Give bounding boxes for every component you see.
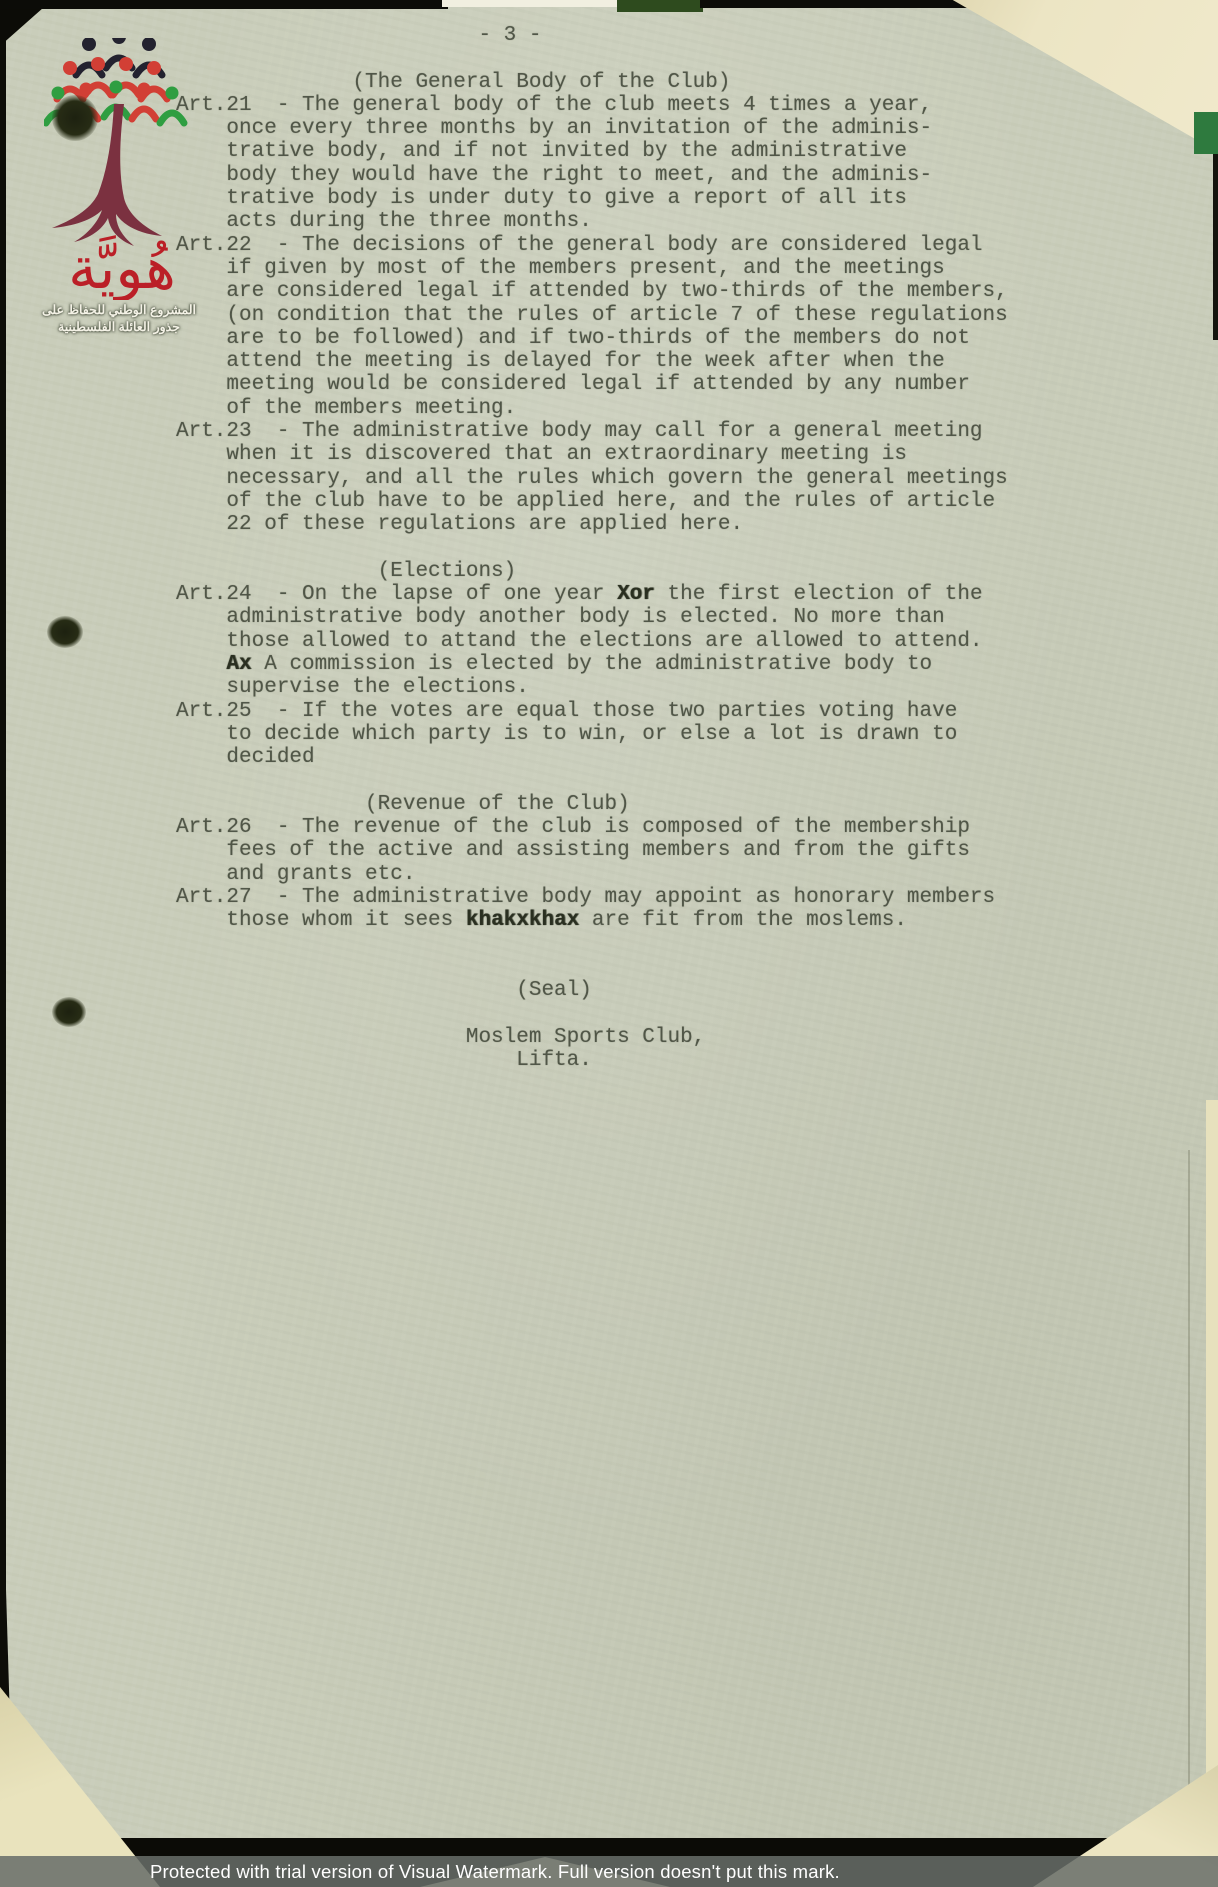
typed-line: decided — [176, 746, 1008, 769]
scan-edge-right — [1213, 150, 1218, 340]
typed-line: trative body is under duty to give a rep… — [176, 187, 1008, 210]
punch-hole — [52, 997, 86, 1027]
scan-edge-top-light — [442, 0, 634, 7]
typed-line: those allowed to attand the elections ar… — [176, 630, 1008, 653]
typed-line: trative body, and if not invited by the … — [176, 140, 1008, 163]
typed-line: (on condition that the rules of article … — [176, 304, 1008, 327]
typed-line: (The General Body of the Club) — [176, 71, 1008, 94]
typed-line: (Elections) — [176, 560, 1008, 583]
typed-line: to decide which party is to win, or else… — [176, 723, 1008, 746]
typed-line: Art.22 - The decisions of the general bo… — [176, 234, 1008, 257]
typed-line: fees of the active and assisting members… — [176, 839, 1008, 862]
typed-line: Art.25 - If the votes are equal those tw… — [176, 700, 1008, 723]
typed-line — [176, 956, 1008, 979]
punch-hole — [52, 95, 98, 141]
watermark-text: Protected with trial version of Visual W… — [150, 1856, 840, 1887]
typed-line: Lifta. — [176, 1049, 1008, 1072]
typed-line: necessary, and all the rules which gover… — [176, 467, 1008, 490]
typed-line: Art.23 - The administrative body may cal… — [176, 420, 1008, 443]
typed-line: acts during the three months. — [176, 210, 1008, 233]
typed-line: Art.27 - The administrative body may app… — [176, 886, 1008, 909]
typed-line: Art.21 - The general body of the club me… — [176, 94, 1008, 117]
typed-line: are considered legal if attended by two-… — [176, 280, 1008, 303]
typed-line: are to be followed) and if two-thirds of… — [176, 327, 1008, 350]
typed-line — [176, 1002, 1008, 1025]
identity-tree-logo-icon: هُويَّة — [44, 38, 194, 300]
typed-line: of the club have to be applied here, and… — [176, 490, 1008, 513]
typed-line: Art.26 - The revenue of the club is comp… — [176, 816, 1008, 839]
typed-line — [176, 537, 1008, 560]
typed-line: - 3 - — [176, 24, 1008, 47]
scan-edge-right-fold — [1206, 1100, 1218, 1800]
typed-line: Moslem Sports Club, — [176, 1026, 1008, 1049]
typed-line: if given by most of the members present,… — [176, 257, 1008, 280]
typed-line: and grants etc. — [176, 863, 1008, 886]
typed-text: - 3 - (The General Body of the Club)Art.… — [176, 24, 1008, 1072]
typed-line: Ax A commission is elected by the admini… — [176, 653, 1008, 676]
typed-line: body they would have the right to meet, … — [176, 164, 1008, 187]
scanned-document-page: هُويَّة المشروع الوطني للحفاظ على جذور ا… — [0, 0, 1218, 1887]
typed-line: when it is discovered that an extraordin… — [176, 443, 1008, 466]
typed-line — [176, 933, 1008, 956]
fold-crease-right — [1188, 1150, 1190, 1790]
brand-arabic-text: هُويَّة — [68, 234, 176, 300]
typed-line: supervise the elections. — [176, 676, 1008, 699]
typed-line: (Seal) — [176, 979, 1008, 1002]
watermark-bar: Protected with trial version of Visual W… — [0, 1856, 1218, 1887]
typed-line: administrative body another body is elec… — [176, 606, 1008, 629]
typed-line: (Revenue of the Club) — [176, 793, 1008, 816]
typed-line: meeting would be considered legal if att… — [176, 373, 1008, 396]
typed-line — [176, 770, 1008, 793]
scan-edge-right-green — [1194, 112, 1218, 154]
typed-line: attend the meeting is delayed for the we… — [176, 350, 1008, 373]
scan-edge-top-green — [617, 0, 703, 12]
typed-line: those whom it sees khakxkhax are fit fro… — [176, 909, 1008, 932]
typed-line: 22 of these regulations are applied here… — [176, 513, 1008, 536]
typed-line: once every three months by an invitation… — [176, 117, 1008, 140]
punch-hole — [47, 616, 83, 648]
typed-line — [176, 47, 1008, 70]
typed-line: of the members meeting. — [176, 397, 1008, 420]
typed-line: Art.24 - On the lapse of one year Xor th… — [176, 583, 1008, 606]
scan-edge-top — [0, 0, 448, 9]
